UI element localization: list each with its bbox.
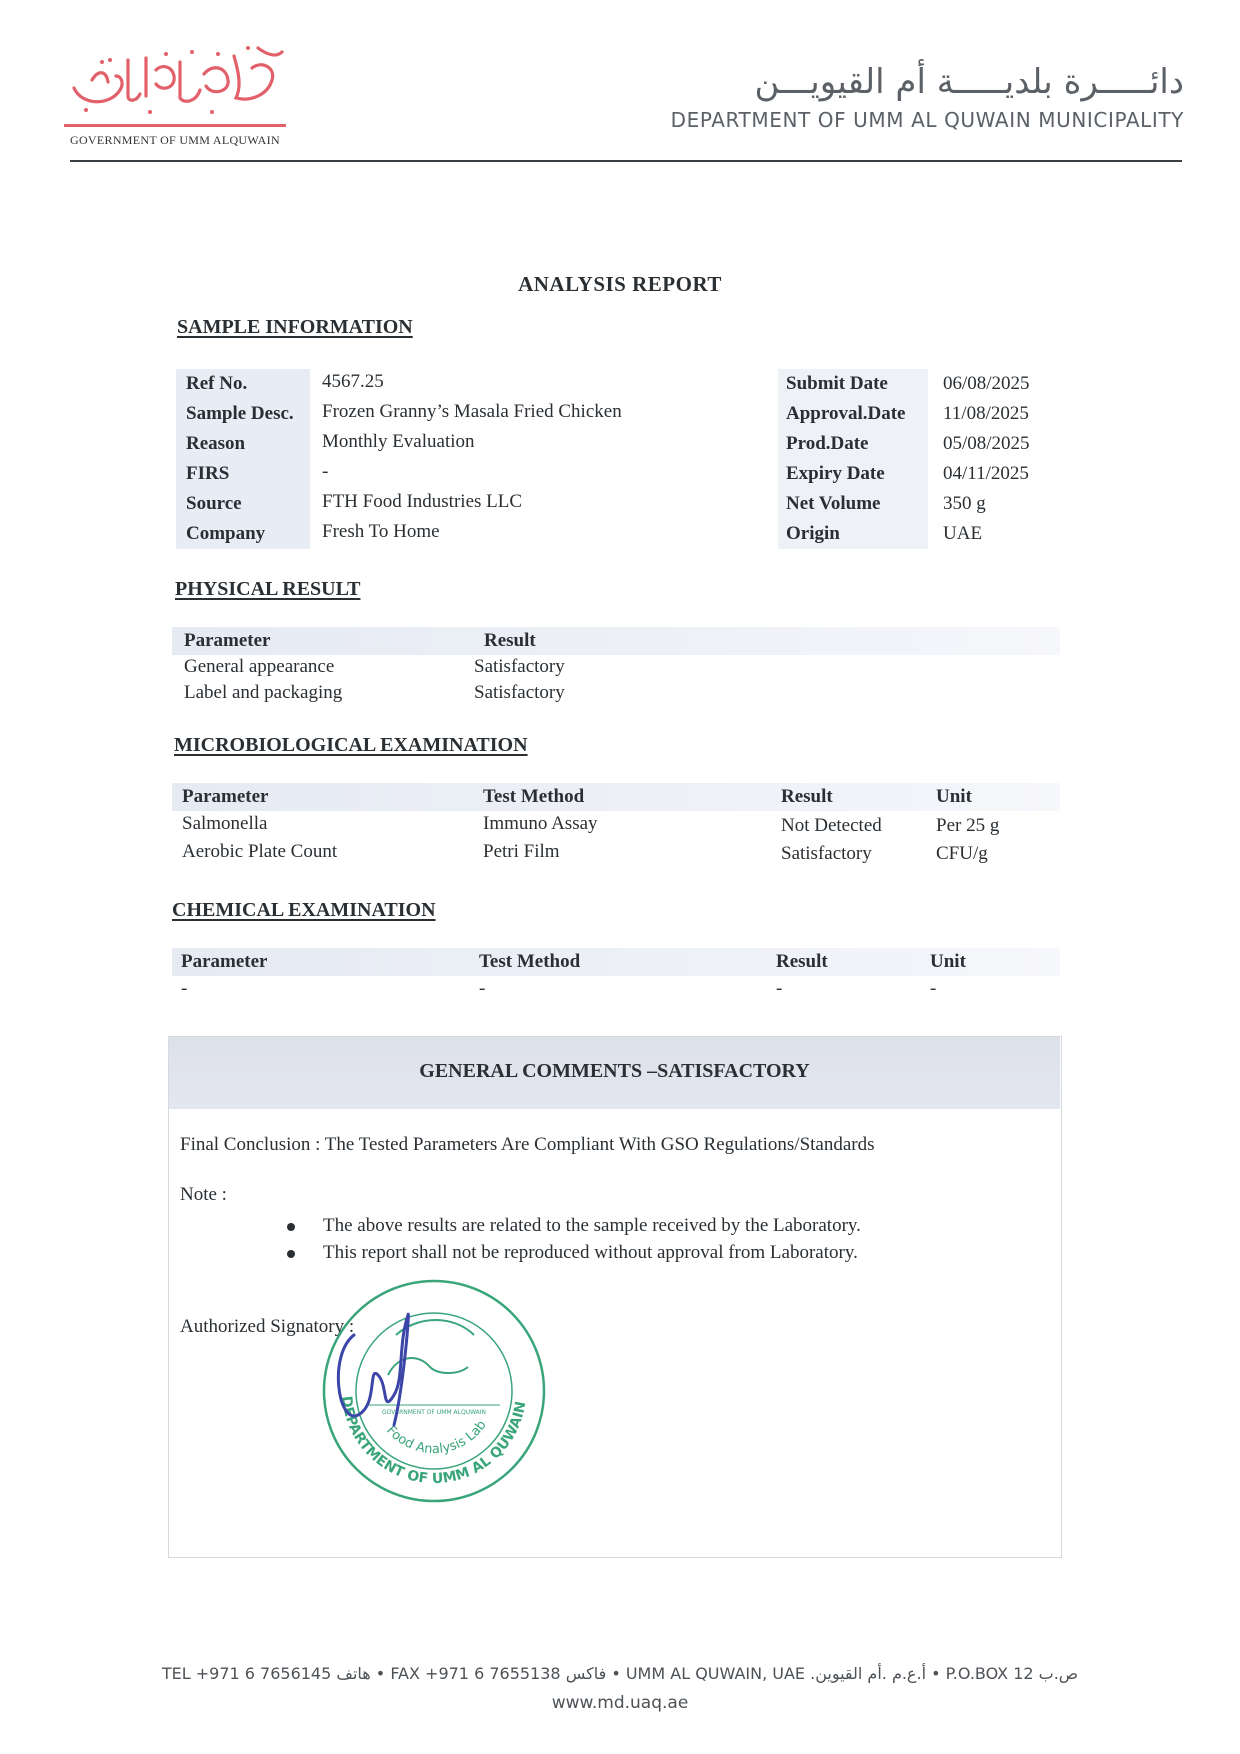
label-expiry-date: Expiry Date — [778, 459, 928, 489]
svg-text:Food Analysis Lab: Food Analysis Lab — [383, 1418, 489, 1457]
column-header-result: Result — [484, 630, 536, 652]
department-name-arabic: دائـــــرة بلديـــــة أم القيويـــن — [755, 62, 1184, 102]
value-reason: Monthly Evaluation — [322, 427, 622, 457]
cell-parameter: Label and packaging — [184, 682, 342, 704]
cell-test-method: - — [479, 978, 485, 1000]
table-row: Label and packaging Satisfactory — [172, 682, 1060, 708]
table-row: Aerobic Plate Count Petri Film Satisfact… — [172, 841, 1060, 869]
cell-result: Satisfactory — [474, 656, 565, 678]
cell-unit: Per 25 g — [936, 815, 999, 837]
value-company: Fresh To Home — [322, 517, 622, 547]
table-row: - - - - — [172, 978, 1060, 1006]
footer-contact: TEL +971 6 7656145 هاتف • FAX +971 6 765… — [0, 1664, 1240, 1683]
cell-result: Not Detected — [781, 815, 882, 837]
calligraphy-logo-icon — [62, 40, 288, 118]
section-title-chemical: CHEMICAL EXAMINATION — [172, 899, 436, 922]
label-firs: FIRS — [176, 459, 310, 489]
value-firs: - — [322, 457, 622, 487]
chem-table-header: Parameter Test Method Result Unit — [172, 948, 1060, 976]
cell-parameter: General appearance — [184, 656, 334, 678]
government-logo — [62, 40, 288, 118]
bullet-icon — [287, 1250, 295, 1258]
label-approval-date: Approval.Date — [778, 399, 928, 429]
section-title-physical-result: PHYSICAL RESULT — [175, 578, 360, 601]
column-header-parameter: Parameter — [181, 951, 268, 973]
list-item: The above results are related to the sam… — [285, 1212, 861, 1239]
label-company: Company — [176, 519, 310, 549]
label-prod-date: Prod.Date — [778, 429, 928, 459]
value-source: FTH Food Industries LLC — [322, 487, 622, 517]
value-submit-date: 06/08/2025 — [943, 369, 1030, 399]
column-header-result: Result — [776, 951, 828, 973]
bullet-icon — [287, 1223, 295, 1231]
report-title: ANALYSIS REPORT — [0, 272, 1240, 297]
cell-parameter: - — [181, 978, 187, 1000]
header-divider — [70, 160, 1182, 162]
sample-info-values-right: 06/08/2025 11/08/2025 05/08/2025 04/11/2… — [943, 369, 1030, 549]
column-header-unit: Unit — [936, 786, 972, 808]
stamp-inner-text: Food Analysis Lab — [383, 1418, 489, 1457]
sample-info-labels-right: Submit Date Approval.Date Prod.Date Expi… — [778, 369, 928, 549]
cell-result: Satisfactory — [474, 682, 565, 704]
cell-result: Satisfactory — [781, 843, 872, 865]
value-prod-date: 05/08/2025 — [943, 429, 1030, 459]
list-item: This report shall not be reproduced with… — [285, 1239, 861, 1266]
value-origin: UAE — [943, 519, 1030, 549]
value-sample-desc: Frozen Granny’s Masala Fried Chicken — [322, 397, 622, 427]
column-header-parameter: Parameter — [184, 630, 271, 652]
value-net-volume: 350 g — [943, 489, 1030, 519]
cell-unit: - — [930, 978, 936, 1000]
footer-website[interactable]: www.md.uaq.ae — [0, 1693, 1240, 1713]
micro-table-header: Parameter Test Method Result Unit — [172, 783, 1060, 811]
table-row: General appearance Satisfactory — [172, 656, 1060, 682]
cell-test-method: Petri Film — [483, 841, 560, 863]
sample-info-values-left: 4567.25 Frozen Granny’s Masala Fried Chi… — [322, 367, 622, 547]
label-ref-no: Ref No. — [176, 369, 310, 399]
value-expiry-date: 04/11/2025 — [943, 459, 1030, 489]
label-reason: Reason — [176, 429, 310, 459]
value-ref-no: 4567.25 — [322, 367, 622, 397]
label-net-volume: Net Volume — [778, 489, 928, 519]
section-title-sample-information: SAMPLE INFORMATION — [177, 316, 413, 339]
column-header-test-method: Test Method — [479, 951, 580, 973]
notes-list: The above results are related to the sam… — [285, 1212, 861, 1266]
stamp-icon: DEPARTMENT OF UMM AL QUWAIN MUNICIPALITY… — [318, 1275, 550, 1507]
section-title-microbiological: MICROBIOLOGICAL EXAMINATION — [174, 734, 528, 757]
column-header-parameter: Parameter — [182, 786, 269, 808]
column-header-test-method: Test Method — [483, 786, 584, 808]
government-name: GOVERNMENT OF UMM ALQUWAIN — [70, 133, 280, 148]
official-stamp: DEPARTMENT OF UMM AL QUWAIN MUNICIPALITY… — [318, 1275, 550, 1507]
final-conclusion: Final Conclusion : The Tested Parameters… — [180, 1134, 875, 1156]
general-comments-box — [168, 1036, 1062, 1558]
physical-table-header: Parameter Result — [172, 627, 1060, 655]
logo-divider — [64, 124, 286, 127]
label-submit-date: Submit Date — [778, 369, 928, 399]
note-label: Note : — [180, 1184, 227, 1206]
column-header-unit: Unit — [930, 951, 966, 973]
sample-info-labels-left: Ref No. Sample Desc. Reason FIRS Source … — [176, 369, 310, 549]
cell-unit: CFU/g — [936, 843, 988, 865]
cell-parameter: Salmonella — [182, 813, 267, 835]
column-header-result: Result — [781, 786, 833, 808]
general-comments-title: GENERAL COMMENTS –SATISFACTORY — [169, 1060, 1060, 1083]
table-row: Salmonella Immuno Assay Not Detected Per… — [172, 813, 1060, 841]
cell-result: - — [776, 978, 782, 1000]
physical-table-body: General appearance Satisfactory Label an… — [172, 656, 1060, 712]
value-approval-date: 11/08/2025 — [943, 399, 1030, 429]
label-origin: Origin — [778, 519, 928, 549]
label-source: Source — [176, 489, 310, 519]
label-sample-desc: Sample Desc. — [176, 399, 310, 429]
department-name: DEPARTMENT OF UMM AL QUWAIN MUNICIPALITY — [671, 108, 1184, 132]
cell-test-method: Immuno Assay — [483, 813, 598, 835]
cell-parameter: Aerobic Plate Count — [182, 841, 337, 863]
